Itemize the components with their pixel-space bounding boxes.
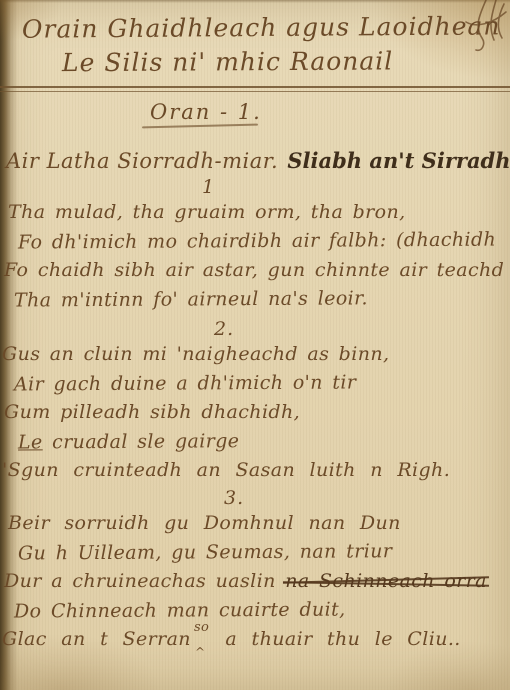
verse-line: 'Sgun cruinteadh an Sasan luith n Righ. [2, 456, 510, 485]
section-heading-block: Oran - 1. [0, 100, 510, 134]
title-divider-rule [0, 86, 510, 92]
song-number-heading: Oran - 1. [150, 100, 262, 124]
stanza-1: 1 Tha mulad, tha gruaim orm, tha bron, F… [0, 176, 510, 314]
page-title-line2: Le Silis ni' mhic Raonail [62, 45, 510, 79]
verse-line: Le cruadal sle gairge [18, 425, 510, 457]
stanza-number: 1 [202, 176, 510, 198]
manuscript-page: Orain Ghaidhleach agus Laoidhean Le Sili… [0, 0, 510, 690]
verse-line: Dur a chruineachas uaslin na Schinneach … [4, 567, 510, 596]
verse-line: Beir sorruidh gu Domhnul nan Dun [8, 509, 510, 538]
song-title-line: Air Latha Siorradh-miar. Sliabh an't Sir… [6, 146, 510, 176]
stanza-2: 2. Gus an cluin mi 'naigheachd as binn, … [0, 318, 510, 485]
struck-out-text: na Schinneach orra [285, 570, 487, 592]
caret-mark: ^ [195, 638, 205, 667]
heading-underline-flourish [142, 124, 258, 129]
verse-line-text: Dur a chruineachas uaslin [4, 570, 276, 592]
verse-line: Tha m'intinn fo' airneul na's leoir. [14, 283, 510, 315]
verse-line: Gus an cluin mi 'naigheachd as binn, [2, 340, 510, 369]
song-title-annotation: Sliabh an't Sirradh. [287, 148, 510, 173]
stanza-number: 3. [224, 487, 510, 509]
verse-line-text: a thuair thu le Cliu.. [225, 628, 460, 650]
verse-line: Tha mulad, tha gruaim orm, tha bron, [8, 198, 510, 227]
verse-line: Gum pilleadh sibh dhachidh, [4, 398, 510, 427]
verse-line: Gu h Uilleam, gu Seumas, nan triur [18, 536, 510, 568]
insertion-mark: so^ [191, 626, 211, 645]
verse-line: Fo dh'imich mo chairdibh air falbh: (dha… [18, 225, 510, 257]
verse-line: Fo chaidh sibh air astar, gun chinnte ai… [4, 256, 510, 285]
verse-line-text: cruadal sle gairge [52, 430, 239, 453]
verse-line-text: Glac an t Serran [2, 628, 191, 650]
song-title: Air Latha Siorradh-miar. [6, 149, 278, 173]
verse-line: Do Chinneach man cuairte duit, [14, 594, 510, 626]
verse-line: Air gach duine a dh'imich o'n tir [14, 367, 510, 399]
verse-line: Glac an t Serranso^ a thuair thu le Cliu… [2, 625, 510, 654]
stanza-number: 2. [214, 318, 510, 340]
page-title-line1: Orain Ghaidhleach agus Laoidhean [22, 10, 510, 45]
stanza-3: 3. Beir sorruidh gu Domhnul nan Dun Gu h… [0, 487, 510, 654]
underlined-word: Le [18, 431, 43, 453]
